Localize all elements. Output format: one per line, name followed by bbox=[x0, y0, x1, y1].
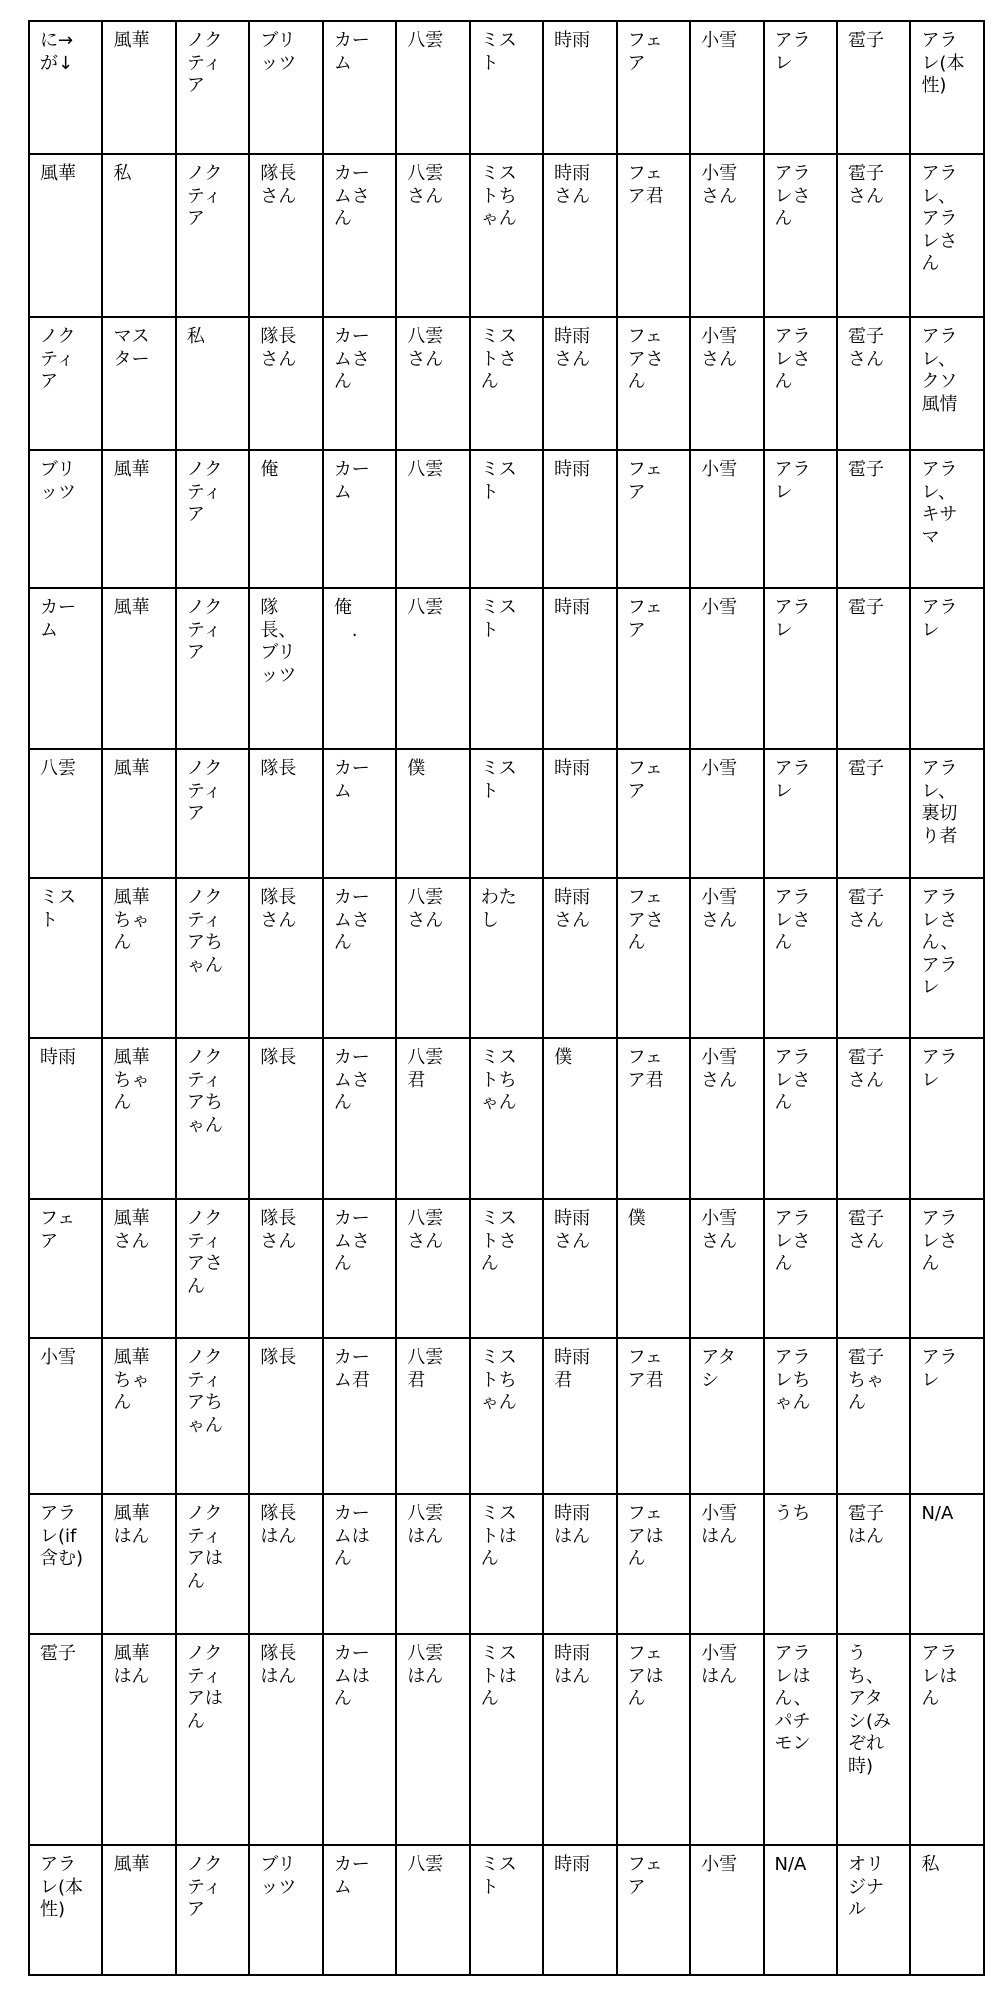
table-cell: 俺 bbox=[249, 450, 322, 588]
table-cell: 時雨さん bbox=[543, 154, 616, 317]
row-label-cell: フェア bbox=[29, 1199, 102, 1338]
table-cell: 風華 bbox=[102, 749, 175, 878]
table-cell: 小雪さん bbox=[690, 154, 763, 317]
table-cell: アラレさん、アラレ bbox=[910, 878, 984, 1038]
table-cell: 雹子ちゃん bbox=[837, 1338, 910, 1494]
table-cell: 俺 . bbox=[323, 588, 396, 749]
table-cell: アラレ bbox=[764, 588, 837, 749]
table-cell: アラレ、アラレさん bbox=[910, 154, 984, 317]
table-cell: アラレ bbox=[910, 588, 984, 749]
table-cell: 雹子さん bbox=[837, 1038, 910, 1199]
row-label-cell: 風華 bbox=[29, 154, 102, 317]
table-cell: 隊長 bbox=[249, 749, 322, 878]
table-cell: 風華 bbox=[102, 588, 175, 749]
column-header-cell: フェア bbox=[617, 21, 690, 154]
table-cell: フェアさん bbox=[617, 878, 690, 1038]
table-cell: N/A bbox=[764, 1845, 837, 1975]
table-cell: 八雲 bbox=[396, 1845, 469, 1975]
table-cell: ミスト bbox=[470, 1845, 543, 1975]
table-cell: 時雨 bbox=[543, 1845, 616, 1975]
table-cell: 隊長 bbox=[249, 1338, 322, 1494]
table-cell: 時雨はん bbox=[543, 1634, 616, 1845]
table-cell: アラレちゃん bbox=[764, 1338, 837, 1494]
table-cell: カーム bbox=[323, 450, 396, 588]
table-cell: 八雲さん bbox=[396, 1199, 469, 1338]
table-row: ノクティアマスター私隊長さんカームさん八雲さんミストさん時雨さんフェアさん小雪さ… bbox=[29, 317, 984, 450]
table-cell: カームさん bbox=[323, 1038, 396, 1199]
table-cell: 雹子さん bbox=[837, 154, 910, 317]
row-label-cell: 時雨 bbox=[29, 1038, 102, 1199]
row-label-cell: 八雲 bbox=[29, 749, 102, 878]
row-label-cell: ブリッツ bbox=[29, 450, 102, 588]
table-cell: 隊長さん bbox=[249, 154, 322, 317]
table-cell: フェア君 bbox=[617, 1038, 690, 1199]
table-row: カーム風華ノクティア隊長、ブリッツ俺 .八雲ミスト時雨フェア小雪アラレ雹子アラレ bbox=[29, 588, 984, 749]
table-cell: カームさん bbox=[323, 1199, 396, 1338]
table-cell: フェア君 bbox=[617, 1338, 690, 1494]
table-cell: フェア bbox=[617, 450, 690, 588]
table-body: に→ が↓風華ノクティアブリッツカーム八雲ミスト時雨フェア小雪アラレ雹子アラレ(… bbox=[29, 21, 984, 1975]
table-cell: 雹子さん bbox=[837, 1199, 910, 1338]
table-cell: 時雨 bbox=[543, 749, 616, 878]
table-cell: カームさん bbox=[323, 878, 396, 1038]
table-cell: カームはん bbox=[323, 1494, 396, 1634]
table-cell: うち bbox=[764, 1494, 837, 1634]
table-cell: アタシ bbox=[690, 1338, 763, 1494]
table-row: フェア風華さんノクティアさん隊長さんカームさん八雲さんミストさん時雨さん僕小雪さ… bbox=[29, 1199, 984, 1338]
table-row: 小雪風華ちゃんノクティアちゃん隊長カーム君八雲君ミストちゃん時雨君フェア君アタシ… bbox=[29, 1338, 984, 1494]
table-cell: ノクティアちゃん bbox=[176, 1338, 249, 1494]
table-cell: アラレさん bbox=[764, 878, 837, 1038]
table-cell: 八雲 bbox=[396, 450, 469, 588]
table-cell: 風華はん bbox=[102, 1634, 175, 1845]
table-cell: 風華 bbox=[102, 1845, 175, 1975]
table-cell: アラレ bbox=[910, 1038, 984, 1199]
table-cell: カームさん bbox=[323, 317, 396, 450]
column-header-cell: ノクティア bbox=[176, 21, 249, 154]
table-cell: ノクティアちゃん bbox=[176, 1038, 249, 1199]
table-cell: わたし bbox=[470, 878, 543, 1038]
table-cell: ミスト bbox=[470, 749, 543, 878]
table-cell: カーム君 bbox=[323, 1338, 396, 1494]
table-cell: アラレさん bbox=[764, 317, 837, 450]
column-header-cell: 時雨 bbox=[543, 21, 616, 154]
table-row: 風華私ノクティア隊長さんカームさん八雲さんミストちゃん時雨さんフェア君小雪さんア… bbox=[29, 154, 984, 317]
table-cell: 風華さん bbox=[102, 1199, 175, 1338]
table-cell: 僕 bbox=[396, 749, 469, 878]
table-cell: 時雨さん bbox=[543, 878, 616, 1038]
table-cell: 風華ちゃん bbox=[102, 1338, 175, 1494]
table-cell: 風華 bbox=[102, 450, 175, 588]
table-cell: アラレさん bbox=[764, 1199, 837, 1338]
table-cell: 隊長さん bbox=[249, 878, 322, 1038]
table-cell: ミストはん bbox=[470, 1494, 543, 1634]
table-cell: 八雲はん bbox=[396, 1494, 469, 1634]
table-cell: 僕 bbox=[543, 1038, 616, 1199]
table-row: ミスト風華ちゃんノクティアちゃん隊長さんカームさん八雲さんわたし時雨さんフェアさ… bbox=[29, 878, 984, 1038]
table-cell: 八雲君 bbox=[396, 1338, 469, 1494]
table-cell: 隊長はん bbox=[249, 1634, 322, 1845]
table-cell: フェア君 bbox=[617, 154, 690, 317]
table-cell: アラレ、クソ風情 bbox=[910, 317, 984, 450]
table-cell: 時雨さん bbox=[543, 317, 616, 450]
table-cell: 小雪 bbox=[690, 749, 763, 878]
table-cell: ノクティアはん bbox=[176, 1634, 249, 1845]
table-cell: 小雪 bbox=[690, 588, 763, 749]
table-cell: ミストちゃん bbox=[470, 1338, 543, 1494]
corner-cell: に→ が↓ bbox=[29, 21, 102, 154]
table-cell: ノクティアはん bbox=[176, 1494, 249, 1634]
table-cell: 雹子 bbox=[837, 450, 910, 588]
address-table: に→ が↓風華ノクティアブリッツカーム八雲ミスト時雨フェア小雪アラレ雹子アラレ(… bbox=[28, 20, 985, 1976]
table-cell: アラレ、裏切り者 bbox=[910, 749, 984, 878]
table-cell: 私 bbox=[176, 317, 249, 450]
column-header-cell: 小雪 bbox=[690, 21, 763, 154]
column-header-cell: ミスト bbox=[470, 21, 543, 154]
table-row: ブリッツ風華ノクティア俺カーム八雲ミスト時雨フェア小雪アラレ雹子アラレ、キサマ bbox=[29, 450, 984, 588]
column-header-cell: 風華 bbox=[102, 21, 175, 154]
table-row: 時雨風華ちゃんノクティアちゃん隊長カームさん八雲君ミストちゃん僕フェア君小雪さん… bbox=[29, 1038, 984, 1199]
table-cell: マスター bbox=[102, 317, 175, 450]
table-cell: ノクティアちゃん bbox=[176, 878, 249, 1038]
table-cell: 小雪はん bbox=[690, 1634, 763, 1845]
column-header-cell: ブリッツ bbox=[249, 21, 322, 154]
table-cell: 雹子さん bbox=[837, 317, 910, 450]
column-header-cell: アラレ bbox=[764, 21, 837, 154]
table-row: アラレ(本性)風華ノクティアブリッツカーム八雲ミスト時雨フェア小雪N/Aオリジナ… bbox=[29, 1845, 984, 1975]
table-cell: 時雨はん bbox=[543, 1494, 616, 1634]
table-cell: ノクティア bbox=[176, 154, 249, 317]
table-cell: アラレ bbox=[764, 749, 837, 878]
table-cell: アラレさん bbox=[764, 1038, 837, 1199]
table-cell: フェア bbox=[617, 1845, 690, 1975]
table-cell: 小雪はん bbox=[690, 1494, 763, 1634]
table-cell: 隊長さん bbox=[249, 317, 322, 450]
row-label-cell: ミスト bbox=[29, 878, 102, 1038]
table-cell: 隊長、ブリッツ bbox=[249, 588, 322, 749]
table-cell: フェアはん bbox=[617, 1634, 690, 1845]
table-cell: アラレさん bbox=[764, 154, 837, 317]
table-cell: 八雲君 bbox=[396, 1038, 469, 1199]
table-cell: 僕 bbox=[617, 1199, 690, 1338]
table-cell: ノクティア bbox=[176, 588, 249, 749]
row-label-cell: カーム bbox=[29, 588, 102, 749]
table-cell: ノクティアさん bbox=[176, 1199, 249, 1338]
table-cell: ミストちゃん bbox=[470, 1038, 543, 1199]
column-header-cell: アラレ(本性) bbox=[910, 21, 984, 154]
table-cell: 小雪さん bbox=[690, 878, 763, 1038]
table-row: 八雲風華ノクティア隊長カーム僕ミスト時雨フェア小雪アラレ雹子アラレ、裏切り者 bbox=[29, 749, 984, 878]
column-header-cell: 雹子 bbox=[837, 21, 910, 154]
table-cell: 小雪 bbox=[690, 1845, 763, 1975]
table-cell: ミストはん bbox=[470, 1634, 543, 1845]
table-cell: 八雲さん bbox=[396, 317, 469, 450]
table-cell: 雹子はん bbox=[837, 1494, 910, 1634]
table-cell: 時雨 bbox=[543, 588, 616, 749]
table-cell: 雹子 bbox=[837, 588, 910, 749]
table-cell: カーム bbox=[323, 1845, 396, 1975]
table-cell: 風華ちゃん bbox=[102, 1038, 175, 1199]
table-cell: 時雨 bbox=[543, 450, 616, 588]
table-cell: 私 bbox=[910, 1845, 984, 1975]
table-cell: ミストちゃん bbox=[470, 154, 543, 317]
table-cell: オリジナル bbox=[837, 1845, 910, 1975]
table-cell: カームはん bbox=[323, 1634, 396, 1845]
row-label-cell: ノクティア bbox=[29, 317, 102, 450]
table-cell: アラレさん bbox=[910, 1199, 984, 1338]
table-row: アラレ(if含む)風華はんノクティアはん隊長はんカームはん八雲はんミストはん時雨… bbox=[29, 1494, 984, 1634]
column-header-cell: カーム bbox=[323, 21, 396, 154]
address-table-container: に→ が↓風華ノクティアブリッツカーム八雲ミスト時雨フェア小雪アラレ雹子アラレ(… bbox=[28, 20, 985, 1976]
table-cell: アラレ、キサマ bbox=[910, 450, 984, 588]
table-cell: フェア bbox=[617, 588, 690, 749]
header-row: に→ が↓風華ノクティアブリッツカーム八雲ミスト時雨フェア小雪アラレ雹子アラレ(… bbox=[29, 21, 984, 154]
table-cell: 時雨君 bbox=[543, 1338, 616, 1494]
table-cell: 私 bbox=[102, 154, 175, 317]
table-cell: ブリッツ bbox=[249, 1845, 322, 1975]
table-cell: アラレはん、パチモン bbox=[764, 1634, 837, 1845]
table-cell: 風華はん bbox=[102, 1494, 175, 1634]
table-cell: アラレ bbox=[764, 450, 837, 588]
table-cell: 八雲さん bbox=[396, 878, 469, 1038]
table-cell: アラレはん bbox=[910, 1634, 984, 1845]
row-label-cell: 小雪 bbox=[29, 1338, 102, 1494]
row-label-cell: アラレ(本性) bbox=[29, 1845, 102, 1975]
table-cell: アラレ bbox=[910, 1338, 984, 1494]
table-cell: 小雪さん bbox=[690, 317, 763, 450]
table-cell: ミストさん bbox=[470, 1199, 543, 1338]
table-cell: 小雪 bbox=[690, 450, 763, 588]
table-cell: 小雪さん bbox=[690, 1199, 763, 1338]
table-cell: 時雨さん bbox=[543, 1199, 616, 1338]
table-cell: 八雲 bbox=[396, 588, 469, 749]
table-cell: うち、アタシ(みぞれ時) bbox=[837, 1634, 910, 1845]
table-cell: ミスト bbox=[470, 450, 543, 588]
table-cell: フェアはん bbox=[617, 1494, 690, 1634]
table-cell: 八雲さん bbox=[396, 154, 469, 317]
table-cell: 風華ちゃん bbox=[102, 878, 175, 1038]
table-cell: 八雲はん bbox=[396, 1634, 469, 1845]
table-cell: 雹子さん bbox=[837, 878, 910, 1038]
row-label-cell: アラレ(if含む) bbox=[29, 1494, 102, 1634]
row-label-cell: 雹子 bbox=[29, 1634, 102, 1845]
table-cell: ノクティア bbox=[176, 749, 249, 878]
table-cell: カーム bbox=[323, 749, 396, 878]
table-row: 雹子風華はんノクティアはん隊長はんカームはん八雲はんミストはん時雨はんフェアはん… bbox=[29, 1634, 984, 1845]
table-cell: 隊長はん bbox=[249, 1494, 322, 1634]
table-cell: ミスト bbox=[470, 588, 543, 749]
table-cell: 小雪さん bbox=[690, 1038, 763, 1199]
table-cell: N/A bbox=[910, 1494, 984, 1634]
table-cell: フェア bbox=[617, 749, 690, 878]
table-cell: 隊長 bbox=[249, 1038, 322, 1199]
table-cell: フェアさん bbox=[617, 317, 690, 450]
table-cell: ミストさん bbox=[470, 317, 543, 450]
column-header-cell: 八雲 bbox=[396, 21, 469, 154]
table-cell: カームさん bbox=[323, 154, 396, 317]
table-cell: ノクティア bbox=[176, 450, 249, 588]
table-cell: 隊長さん bbox=[249, 1199, 322, 1338]
table-cell: ノクティア bbox=[176, 1845, 249, 1975]
table-cell: 雹子 bbox=[837, 749, 910, 878]
